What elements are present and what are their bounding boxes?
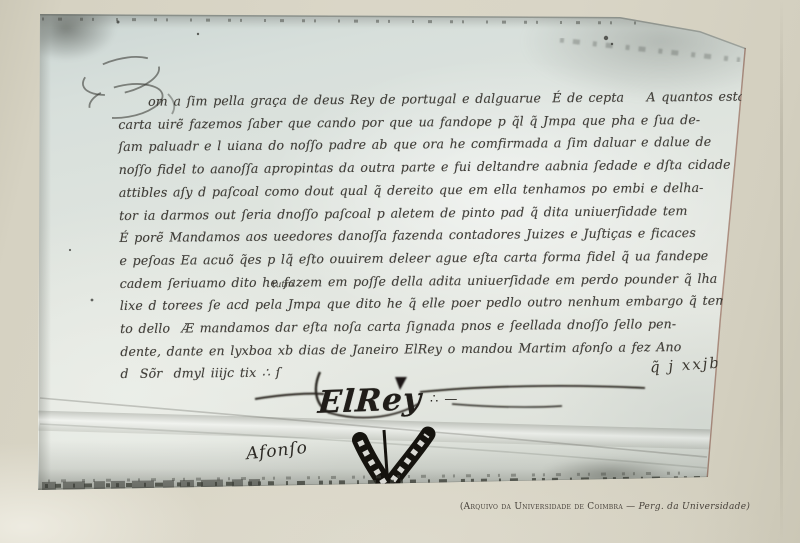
parchment-stain-top-left bbox=[38, 10, 118, 62]
clerk-signature: Afonſo bbox=[245, 438, 309, 464]
manuscript-photograph: om a ſim pella graça de deus Rey de port… bbox=[0, 0, 800, 543]
book-page: om a ſim pella graça de deus Rey de port… bbox=[0, 0, 800, 543]
parchment-stain-bottom bbox=[545, 458, 675, 490]
photo-caption: (Arquivo da Universidade de Coimbra — Pe… bbox=[455, 502, 755, 512]
caption-source-text: Perg. da Universidade) bbox=[639, 502, 751, 512]
caption-archive-text: (Arquivo da Universidade de Coimbra — bbox=[460, 502, 639, 512]
notarial-plume-mark bbox=[360, 430, 428, 499]
manuscript-text-block: om a ſim pella graça de deus Rey de port… bbox=[118, 86, 725, 386]
royal-signature-elrey: ElRey bbox=[317, 381, 423, 421]
parchment-edge-top bbox=[40, 11, 740, 28]
signature-dots: ∴ — bbox=[430, 392, 458, 407]
parchment-edge-left bbox=[39, 14, 51, 490]
page-edge-shading bbox=[780, 0, 783, 543]
parchment-plica-band bbox=[38, 440, 710, 492]
interlinear-insertion: tutm bbox=[272, 280, 294, 291]
